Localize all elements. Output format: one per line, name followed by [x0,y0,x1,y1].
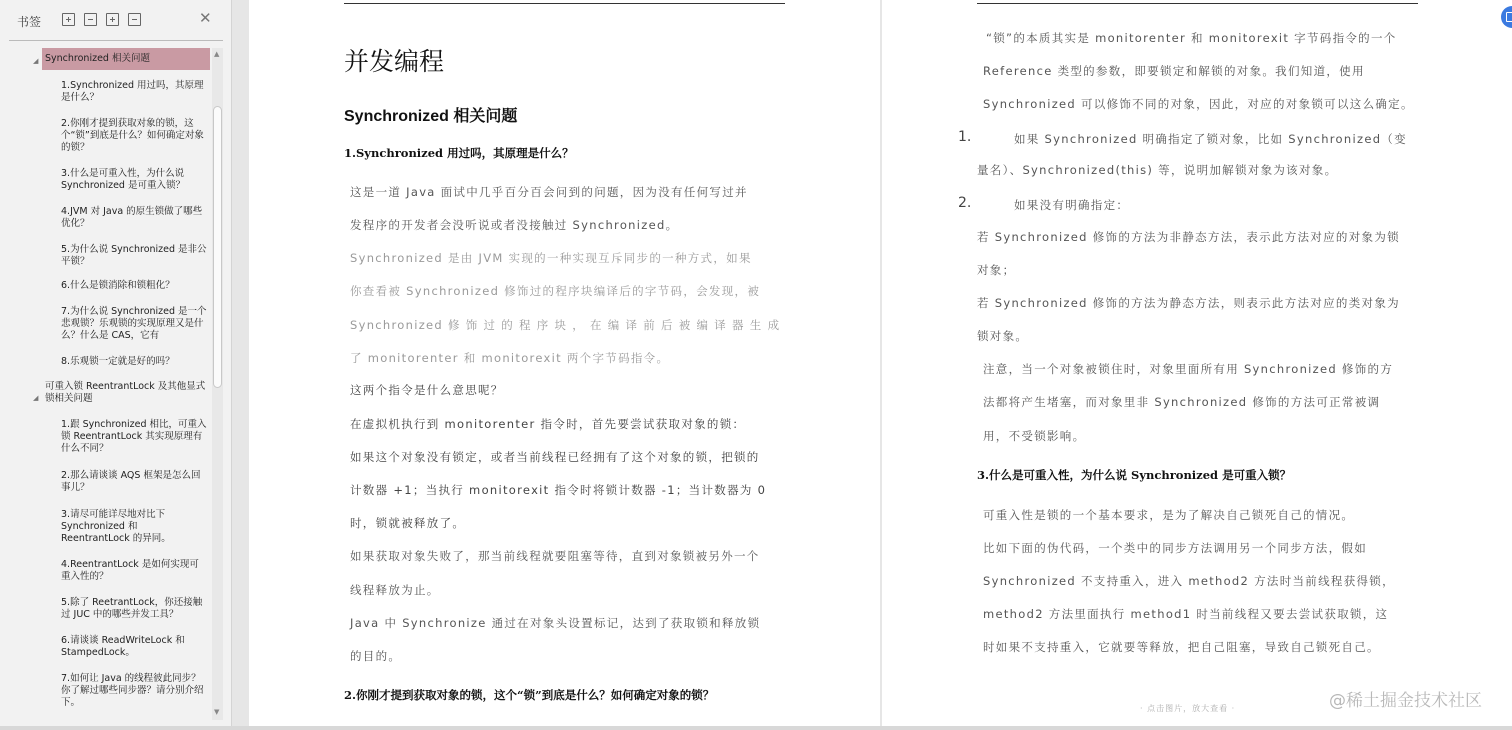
body-text: 对象； [977,262,1015,278]
divider [9,40,223,41]
bookmark-item[interactable]: 可重入锁 ReentrantLock 及其他显式锁相关问题 [42,376,210,410]
pdf-reader-window: 书签 ✕ ◢ Synchronized 相关问题 1.Synchronized … [0,0,1512,730]
list-number: 1. [958,129,971,145]
status-bar [0,726,1512,730]
document-viewport: 并发编程 Synchronized 相关问题 1.Synchronized 用过… [233,0,1512,726]
bookmark-item[interactable]: 2.你刚才提到获取对象的锁，这个“锁”到底是什么？如何确定对象的锁？ [61,118,207,154]
bookmark-scrollbar[interactable]: ▲ ▼ [212,48,223,720]
body-text: Synchronized 不支持重入，进入 method2 方法时当前线程获得锁… [983,573,1395,589]
body-text: Synchronized 修 饰 过 的 程 序 块 ， 在 编 译 前 后 被… [350,317,780,333]
body-text: Synchronized 是由 JVM 实现的一种实现互斥同步的一种方式，如果 [350,250,752,266]
chapter-title: 并发编程 [344,42,444,78]
body-text: 锁对象。 [977,328,1028,344]
image-caption: · 点击图片，放大查看 · [1140,703,1235,714]
body-text: 如果获取对象失败了，那当前线程就要阻塞等待，直到对象锁被另外一个 [350,548,760,564]
page-rule [977,3,1418,4]
body-text: method2 方法里面执行 method1 时当前线程又要去尝试获取锁，这 [983,606,1388,622]
body-text: 发程序的开发者会没听说或者没接触过 Synchronized。 [350,217,678,233]
body-text: 若 Synchronized 修饰的方法为非静态方法，表示此方法对应的对象为锁 [977,229,1400,245]
bookmark-panel-title: 书签 [17,13,41,30]
body-text: 你查看被 Synchronized 修饰过的程序块编译后的字节码，会发现，被 [350,283,760,299]
bookmark-panel: 书签 ✕ ◢ Synchronized 相关问题 1.Synchronized … [0,0,232,726]
body-text: 的目的。 [350,648,401,664]
bookmark-item[interactable]: 3.请尽可能详尽地对比下 Synchronized 和 ReentrantLoc… [61,509,207,545]
bookmark-item[interactable]: Synchronized 相关问题 [42,48,210,70]
watermark: @稀土掘金技术社区 [1329,686,1482,711]
question-heading: 2.你刚才提到获取对象的锁，这个“锁”到底是什么？如何确定对象的锁？ [344,687,714,703]
body-text: 比如下面的伪代码，一个类中的同步方法调用另一个同步方法，假如 [983,540,1367,556]
list-number: 2. [958,195,971,211]
body-text: Synchronized 可以修饰不同的对象，因此，对应的对象锁可以这么确定。 [983,96,1414,112]
bookmark-item[interactable]: 2.那么请谈谈 AQS 框架是怎么回事儿？ [61,470,207,494]
body-text: 用，不受锁影响。 [983,428,1085,444]
body-text: 量名）、Synchronized(this) 等，说明加解锁对象为该对象。 [977,162,1337,178]
body-text: 在虚拟机执行到 monitorenter 指令时，首先要尝试获取对象的锁： [350,416,745,432]
body-text: “锁”的本质其实是 monitorenter 和 monitorexit 字节码… [986,30,1397,46]
page-rule [344,3,785,4]
body-text: 法都将产生堵塞，而对象里非 Synchronized 修饰的方法可正常被调 [983,394,1380,410]
delete-bookmark-icon[interactable] [128,13,141,26]
body-text: 计数器 +1；当执行 monitorexit 指令时将锁计数器 -1；当计数器为… [350,482,766,498]
body-text: 线程释放为止。 [350,582,440,598]
bookmark-item[interactable]: 7.如何让 Java 的线程彼此同步？你了解过哪些同步器？请分别介绍下。 [61,673,207,709]
bookmark-item[interactable]: 4.ReentrantLock 是如何实现可重入性的？ [61,559,207,583]
body-text: Reference 类型的参数，即要锁定和解锁的对象。我们知道，使用 [983,63,1365,79]
bookmark-item[interactable]: 5.为什么说 Synchronized 是非公平锁？ [61,244,207,268]
expand-caret-icon[interactable]: ◢ [33,57,38,65]
bookmark-panel-header: 书签 ✕ [0,0,232,40]
bookmark-item[interactable]: 5.除了 ReetrantLock，你还接触过 JUC 中的哪些并发工具？ [61,597,207,621]
collapse-all-icon[interactable] [84,13,97,26]
bookmark-item[interactable]: 1.跟 Synchronized 相比，可重入锁 ReentrantLock 其… [61,419,207,455]
question-heading: 1.Synchronized 用过吗，其原理是什么？ [344,145,574,161]
bookmark-item[interactable]: 1.Synchronized 用过吗，其原理是什么？ [61,80,207,104]
question-heading: 3.什么是可重入性，为什么说 Synchronized 是可重入锁？ [977,467,1291,483]
body-text: 可重入性是锁的一个基本要求，是为了解决自己锁死自己的情况。 [983,507,1354,523]
bookmark-item[interactable]: 8.乐观锁一定就是好的吗？ [61,356,207,368]
bookmark-item[interactable]: 6.什么是锁消除和锁粗化？ [61,280,207,292]
scroll-down-icon[interactable]: ▼ [214,708,219,716]
close-icon[interactable]: ✕ [199,11,212,26]
body-text: 如果 Synchronized 明确指定了锁对象，比如 Synchronized… [1014,131,1407,147]
body-text: 若 Synchronized 修饰的方法为静态方法，则表示此方法对应的类对象为 [977,295,1400,311]
bookmark-item[interactable]: 3.什么是可重入性，为什么说 Synchronized 是可重入锁？ [61,168,207,192]
body-text: 这两个指令是什么意思呢？ [350,382,504,398]
pdf-page-left: 并发编程 Synchronized 相关问题 1.Synchronized 用过… [249,0,880,726]
bookmark-item[interactable]: 6.请谈谈 ReadWriteLock 和 StampedLock。 [61,635,207,659]
body-text: 这是一道 Java 面试中几乎百分百会问到的问题，因为没有任何写过并 [350,184,748,200]
bookmark-item[interactable]: 4.JVM 对 Java 的原生锁做了哪些优化？ [61,206,207,230]
add-bookmark-icon[interactable] [106,13,119,26]
bookmark-tree: ◢ Synchronized 相关问题 1.Synchronized 用过吗，其… [0,47,212,719]
expand-caret-icon[interactable]: ◢ [33,394,38,402]
bookmark-item[interactable]: 7.为什么说 Synchronized 是一个悲观锁？乐观锁的实现原理又是什么？… [61,306,207,342]
scrollbar-thumb[interactable] [213,106,222,388]
body-text: 如果没有明确指定： [1014,197,1129,213]
body-text: 时如果不支持重入，它就要等释放，把自己阻塞，导致自己锁死自己。 [983,639,1380,655]
body-text: 了 monitorenter 和 monitorexit 两个字节码指令。 [350,350,669,366]
body-text: 时，锁就被释放了。 [350,515,465,531]
section-heading: Synchronized 相关问题 [344,103,517,126]
body-text: 如果这个对象没有锁定，或者当前线程已经拥有了这个对象的锁，把锁的 [350,449,760,465]
expand-all-icon[interactable] [62,13,75,26]
pdf-page-right: “锁”的本质其实是 monitorenter 和 monitorexit 字节码… [882,0,1512,726]
body-text: Java 中 Synchronize 通过在对象头设置标记，达到了获取锁和释放锁 [350,615,760,631]
scroll-up-icon[interactable]: ▲ [214,50,219,58]
body-text: 注意，当一个对象被锁住时，对象里面所有用 Synchronized 修饰的方 [983,361,1393,377]
